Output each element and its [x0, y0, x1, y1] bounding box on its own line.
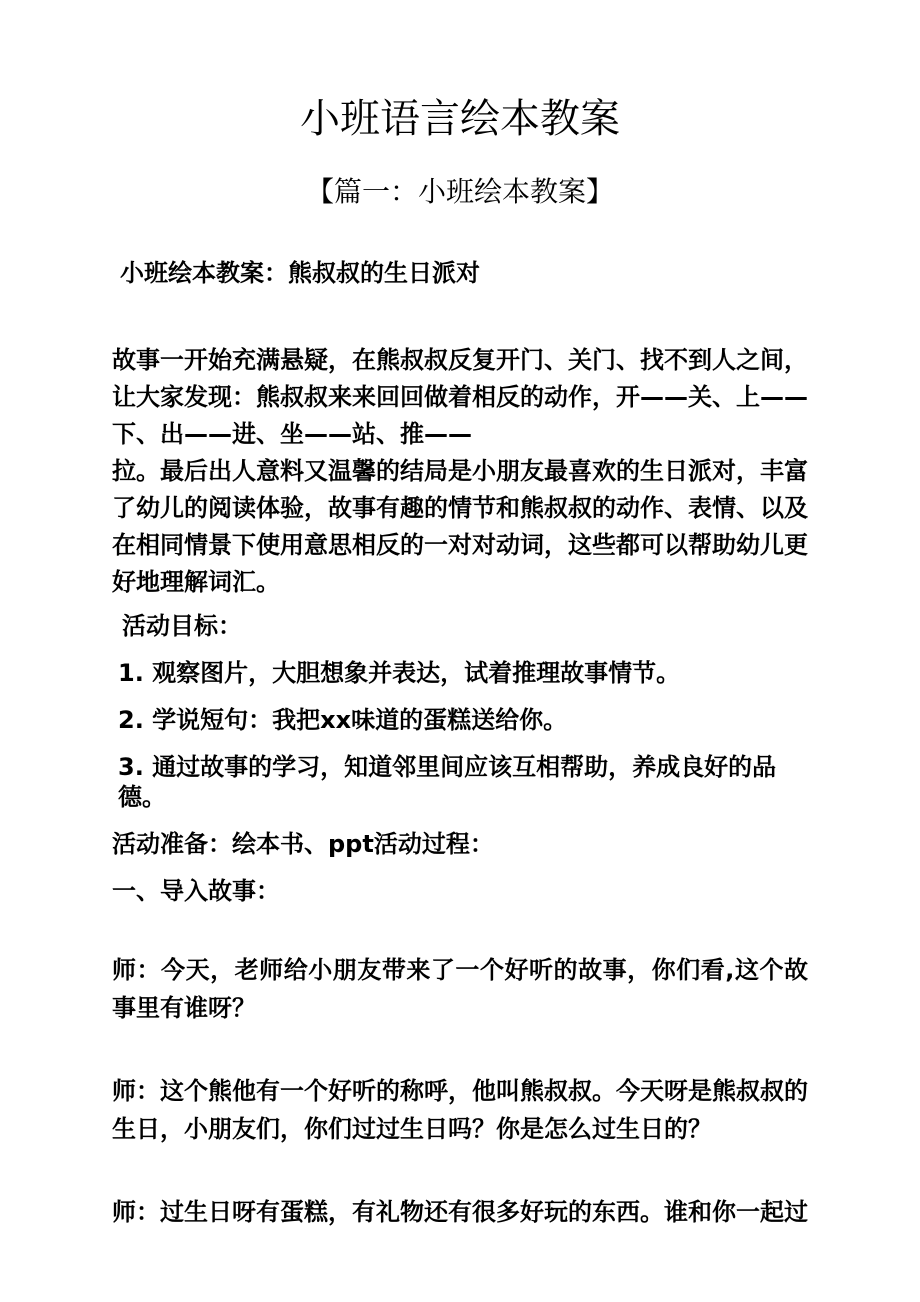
document-title: 小班语言绘本教案	[112, 94, 808, 144]
preparation-line: 活动准备：绘本书、ppt活动过程：	[112, 829, 808, 859]
goal-item-3: 3. 通过故事的学习，知道邻里间应该互相帮助，养成良好的品德。	[112, 752, 808, 812]
document-subtitle: 【篇一：小班绘本教案】	[112, 174, 808, 210]
goals-heading: 活动目标：	[112, 611, 808, 641]
document-page: 小班语言绘本教案 【篇一：小班绘本教案】 小班绘本教案：熊叔叔的生日派对 故事一…	[0, 0, 920, 1302]
intro-paragraph: 故事一开始充满悬疑，在熊叔叔反复开门、关门、找不到人之间，让大家发现：熊叔叔来来…	[112, 342, 808, 601]
teacher-dialogue-1: 师：今天，老师给小朋友带来了一个好听的故事，你们看,这个故事里有谁呀？	[112, 951, 808, 1027]
goal-item-1: 1. 观察图片，大胆想象并表达，试着推理故事情节。	[112, 658, 808, 688]
section-heading-intro-story: 一、导入故事：	[112, 876, 808, 906]
goal-item-2: 2. 学说短句：我把xx味道的蛋糕送给你。	[112, 705, 808, 735]
teacher-dialogue-2: 师：这个熊他有一个好听的称呼，他叫熊叔叔。今天呀是熊叔叔的生日，小朋友们，你们过…	[112, 1072, 808, 1148]
teacher-dialogue-3: 师：过生日呀有蛋糕，有礼物还有很多好玩的东西。谁和你一起过	[112, 1193, 808, 1231]
lesson-heading: 小班绘本教案：熊叔叔的生日派对	[112, 258, 808, 288]
